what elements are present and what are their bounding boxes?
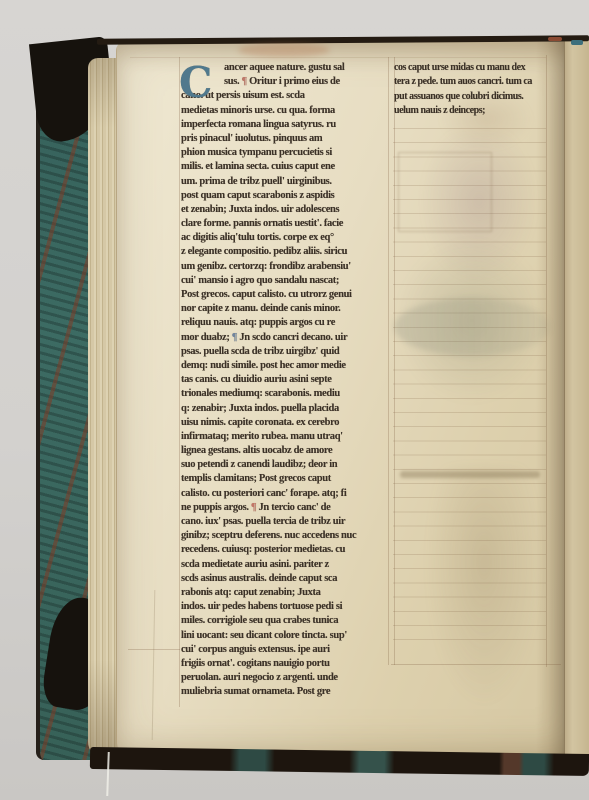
- text-line: templis clamitans; Post grecos caput: [181, 472, 395, 486]
- top-edge-teal-fleck: [571, 40, 583, 45]
- manuscript-photo: C ancer aquee nature. gustu salsus. ¶ Or…: [0, 0, 589, 800]
- text-line: rabonis atq: caput zenabin; Juxta: [181, 586, 395, 600]
- text-line: tas canis. cu diuidio auriu asini septe: [181, 373, 395, 387]
- text-line: et zenabin; Juxta indos. uir adolescens: [181, 203, 395, 217]
- facing-page-edge: [564, 40, 589, 758]
- text-line: lignea gestans. altis uocabz de amore: [181, 444, 395, 458]
- drop-cap-initial: C: [179, 63, 221, 105]
- text-line: um. prima de tribz puell' uirginibus.: [181, 175, 395, 189]
- text-line: imperfecta romana lingua satyrus. ru: [181, 118, 395, 132]
- text-line: frigiis ornat'. cogitans nauigio portu: [181, 657, 395, 671]
- ruling-horizontal-right-margin: [391, 664, 561, 665]
- text-line: miles. corrigiole seu qua crabes tunica: [181, 614, 395, 628]
- text-line: z elegante compositio. pedibz aliis. sir…: [181, 245, 395, 259]
- text-line: um genibz. certorzq: frondibz arabensiu': [181, 260, 395, 274]
- text-line: Post grecos. caput calisto. cu utrorz ge…: [181, 288, 395, 302]
- pilcrow-mark: ¶: [232, 332, 237, 343]
- text-line: indos. uir pedes habens tortuose pedi si: [181, 600, 395, 614]
- ruling-vertical-left: [179, 57, 180, 707]
- text-line: uisu nimis. capite coronata. ex cerebro: [181, 416, 395, 430]
- text-line: cos caput urse midas cu manu dex: [394, 61, 546, 75]
- text-line: suo petendi z canendi laudibz; deor in: [181, 458, 395, 472]
- text-line: trionales mediumq: scarabonis. mediu: [181, 387, 395, 401]
- text-line: clare forme. pannis ornatis uestit'. fac…: [181, 217, 395, 231]
- text-line: nor capite z manu. deinde canis minor.: [181, 302, 395, 316]
- text-line: cano. iux' psas. puella tercia de tribz …: [181, 515, 395, 529]
- text-line: infirmataq; merito rubea. manu utraq': [181, 430, 395, 444]
- text-line: post quam caput scarabonis z aspidis: [181, 189, 395, 203]
- text-line: phion musica tympanu percucietis si: [181, 146, 395, 160]
- text-line: ne puppis argos. ¶ Jn tercio canc' de: [181, 501, 395, 515]
- text-line: put assuanos que colubri dicimus.: [394, 90, 546, 104]
- text-line: ac digitis aliq'tulu tortis. corpe ex eq…: [181, 231, 395, 245]
- secondary-text-column: cos caput urse midas cu manu dextera z p…: [394, 61, 546, 118]
- text-line: milis. et lamina secta. cuius caput ene: [181, 160, 395, 174]
- text-line: q: zenabir; Juxta indos. puella placida: [181, 402, 395, 416]
- text-line: recedens. cuiusq: posterior medietas. cu: [181, 543, 395, 557]
- text-line: scda medietate auriu asini. pariter z: [181, 558, 395, 572]
- ruled-lines-empty-column: [393, 128, 546, 645]
- pilcrow-mark: ¶: [251, 502, 256, 513]
- text-line: muliebria sumat ornameta. Post gre: [181, 685, 395, 699]
- text-line: demq: nudi simile. post hec amor medie: [181, 359, 395, 373]
- text-line: reliquu nauis. atq: puppis argos cu re: [181, 316, 395, 330]
- text-line: cui' mansio i agro quo sandalu nascat;: [181, 274, 395, 288]
- ruling-vertical-right: [546, 55, 547, 667]
- text-line: scds asinus australis. deinde caput sca: [181, 572, 395, 586]
- text-line: pris pinacul' iuolutus. pinquus am: [181, 132, 395, 146]
- text-line: calisto. cu posteriori canc' forape. atq…: [181, 487, 395, 501]
- text-line: mor duabz; ¶ Jn scdo cancri decano. uir: [181, 331, 395, 345]
- text-line: psas. puella scda de tribz uirgibz' quid: [181, 345, 395, 359]
- main-text-column: C ancer aquee nature. gustu salsus. ¶ Or…: [181, 61, 395, 699]
- text-line: peruolan. auri negocio z argenti. unde: [181, 671, 395, 685]
- text-line: ginibz; sceptru deferens. nuc accedens n…: [181, 529, 395, 543]
- text-line: cui' corpus anguis extensus. ipe auri: [181, 643, 395, 657]
- bookmark-thread: [106, 752, 110, 796]
- text-line: medietas minoris urse. cu qua. forma: [181, 104, 395, 118]
- text-line: lini uocant: seu dicant colore tincta. s…: [181, 629, 395, 643]
- text-line: uelum nauis z deinceps;: [394, 104, 546, 118]
- pilcrow-mark: ¶: [242, 76, 247, 87]
- text-line: tera z pede. tum auos cancri. tum ca: [394, 75, 546, 89]
- top-edge-rust-fleck: [548, 37, 562, 41]
